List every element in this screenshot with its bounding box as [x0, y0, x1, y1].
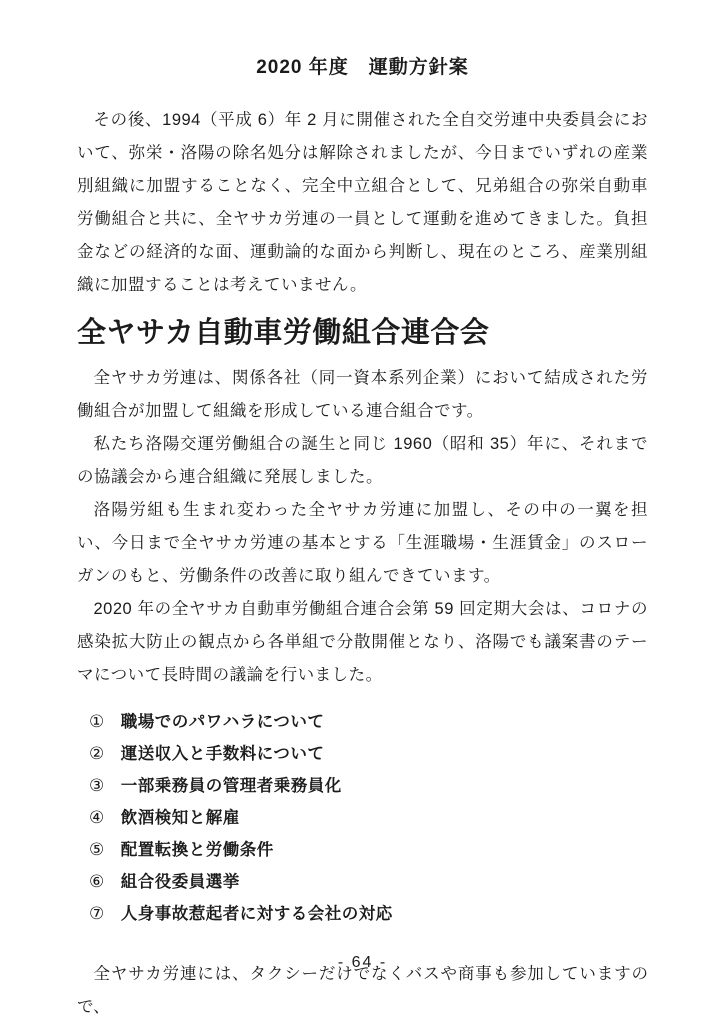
circled-number-marker: ③: [89, 770, 105, 802]
agenda-list: ① 職場でのパワハラについて ② 運送収入と手数料について ③ 一部乗務員の管理…: [89, 706, 648, 930]
agenda-item: ⑤ 配置転換と労働条件: [89, 834, 648, 866]
agenda-item-text: 一部乗務員の管理者乗務員化: [121, 770, 342, 802]
agenda-item-text: 人身事故惹起者に対する会社の対応: [121, 898, 393, 930]
agenda-item-text: 配置転換と労働条件: [121, 834, 274, 866]
agenda-item: ④ 飲酒検知と解雇: [89, 802, 648, 834]
agenda-item-text: 組合役委員選挙: [121, 866, 240, 898]
page-content: 2020 年度 運動方針案 その後、1994（平成 6）年 2 月に開催された全…: [0, 0, 725, 1024]
agenda-item: ① 職場でのパワハラについて: [89, 706, 648, 738]
circled-number-marker: ①: [89, 706, 105, 738]
section-paragraph: 洛陽労組も生まれ変わった全ヤサカ労連に加盟し、その中の一翼を担い、今日まで全ヤサ…: [77, 494, 648, 593]
agenda-item: ⑥ 組合役委員選挙: [89, 866, 648, 898]
circled-number-marker: ⑦: [89, 898, 105, 930]
agenda-item-text: 飲酒検知と解雇: [121, 802, 240, 834]
section-heading: 全ヤサカ自動車労働組合連合会: [77, 313, 648, 353]
agenda-item-text: 運送収入と手数料について: [121, 738, 325, 770]
agenda-item-text: 職場でのパワハラについて: [121, 706, 325, 738]
agenda-item: ② 運送収入と手数料について: [89, 738, 648, 770]
intro-paragraph: その後、1994（平成 6）年 2 月に開催された全自交労連中央委員会において、…: [77, 104, 648, 302]
document-title: 2020 年度 運動方針案: [77, 54, 648, 82]
agenda-item: ③ 一部乗務員の管理者乗務員化: [89, 770, 648, 802]
circled-number-marker: ⑥: [89, 866, 105, 898]
section-paragraph: 全ヤサカ労連は、関係各社（同一資本系列企業）において結成された労働組合が加盟して…: [77, 362, 648, 428]
section-paragraph: 2020 年の全ヤサカ自動車労働組合連合会第 59 回定期大会は、コロナの感染拡…: [77, 593, 648, 692]
page-number: - 64 -: [0, 954, 725, 972]
circled-number-marker: ④: [89, 802, 105, 834]
circled-number-marker: ⑤: [89, 834, 105, 866]
section-paragraph: 私たち洛陽交運労働組合の誕生と同じ 1960（昭和 35）年に、それまでの協議会…: [77, 428, 648, 494]
agenda-item: ⑦ 人身事故惹起者に対する会社の対応: [89, 898, 648, 930]
circled-number-marker: ②: [89, 738, 105, 770]
document-page: 2020 年度 運動方針案 その後、1994（平成 6）年 2 月に開催された全…: [0, 0, 725, 1024]
